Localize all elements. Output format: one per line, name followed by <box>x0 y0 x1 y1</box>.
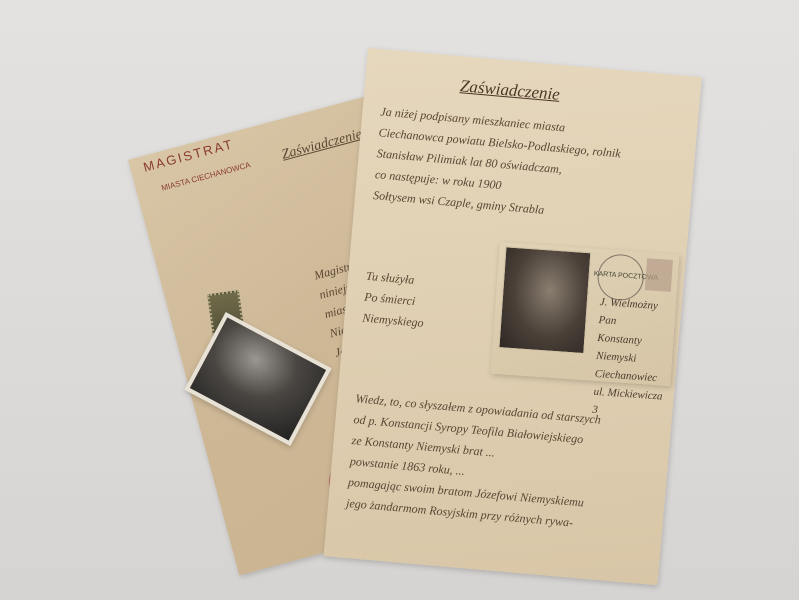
magistrat-title: Zaświadczenie <box>280 127 364 164</box>
postcard: KARTA POCZTOWA J. Wielmożny Pan Konstant… <box>491 242 680 386</box>
photo-scene: Magistrat miasta niniejszym zaświadcza m… <box>0 0 799 600</box>
certificate-title: Zaświadczenie <box>459 76 560 105</box>
postcard-address: J. Wielmożny Pan Konstanty Niemyski Ciec… <box>592 293 677 424</box>
portrait-engraving <box>498 246 591 354</box>
postage-stamp <box>645 258 673 292</box>
